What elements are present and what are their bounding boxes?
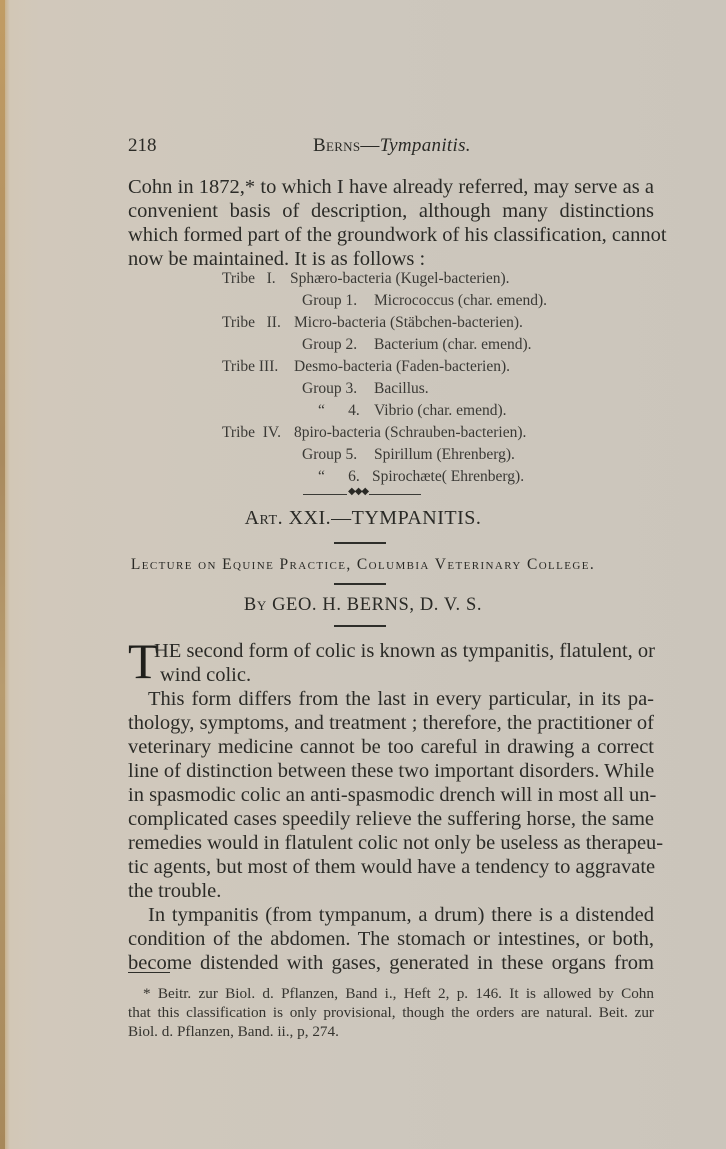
book-page: 218 Berns—Tympanitis. Cohn in 1872,* to … (0, 0, 726, 1149)
ornamental-divider: ◆◆◆ (303, 490, 421, 500)
text-line: remedies would in flatulent colic not on… (128, 832, 654, 856)
article-title-text: XXI.—TYMPANITIS. (283, 507, 481, 529)
text-line: become distended with gases, generated i… (128, 952, 654, 976)
text-line: complicated cases speedily relieve the s… (128, 808, 654, 832)
page-spine-edge (0, 0, 5, 1149)
divider-diamonds-icon: ◆◆◆ (347, 486, 369, 497)
classification-item: Tribe IV.8piro-bacteria (Schrauben-bacte… (222, 424, 526, 442)
text-line: in spasmodic colic an anti-spasmodic dre… (128, 784, 654, 808)
text-line: HE second form of colic is known as tymp… (154, 640, 654, 664)
classification-item: Group 2.Bacterium (char. emend). (302, 336, 532, 354)
text-line: now be maintained. It is as follows : (128, 248, 654, 272)
footnote-line: that this classification is only provisi… (128, 1004, 654, 1022)
heading-rule (334, 542, 386, 544)
tribe-label: Tribe IV. (222, 424, 294, 442)
group-label: Group 1. (302, 292, 374, 310)
text-line: tic agents, but most of them would have … (128, 856, 654, 880)
tribe-text: Micro-bacteria (Stäbchen-bacterien). (294, 314, 523, 331)
running-head: 218 Berns—Tympanitis. (128, 135, 640, 161)
group-label: “ 6. (318, 468, 372, 486)
tribe-text: 8piro-bacteria (Schrauben-bacterien). (294, 424, 526, 441)
classification-item: Group 3.Bacillus. (302, 380, 429, 398)
classification-item: “ 4.Vibrio (char. emend). (318, 402, 507, 420)
text-line: condition of the abdomen. The stomach or… (128, 928, 654, 952)
text-line: which formed part of the groundwork of h… (128, 224, 654, 248)
text-line: convenient basis of description, althoug… (128, 200, 654, 224)
group-label: Group 3. (302, 380, 374, 398)
group-text: Bacillus. (374, 380, 429, 397)
text-line: line of distinction between these two im… (128, 760, 654, 784)
classification-item: “ 6.Spirochæte( Ehrenberg). (318, 468, 524, 486)
footnote-line: Biol. d. Pflanzen, Band. ii., p, 274. (128, 1023, 654, 1041)
group-text: Vibrio (char. emend). (374, 402, 507, 419)
text-line: the trouble. (128, 880, 654, 904)
classification-item: Tribe I.Sphæro-bacteria (Kugel-bacterien… (222, 270, 509, 288)
article-title: Art. XXI.—TYMPANITIS. (0, 507, 726, 530)
classification-item: Group 5.Spirillum (Ehrenberg). (302, 446, 515, 464)
classification-item: Tribe II.Micro-bacteria (Stäbchen-bacter… (222, 314, 523, 332)
group-label: “ 4. (318, 402, 374, 420)
text-line: thology, symptoms, and treatment ; there… (128, 712, 654, 736)
classification-item: Group 1.Micrococcus (char. emend). (302, 292, 547, 310)
group-text: Micrococcus (char. emend). (374, 292, 547, 309)
page-number: 218 (128, 135, 157, 157)
tribe-text: Sphæro-bacteria (Kugel-bacterien). (290, 270, 509, 287)
byline-by: By (244, 595, 267, 615)
footnote-rule (128, 972, 170, 973)
group-text: Bacterium (char. emend). (374, 336, 532, 353)
text-line: In tympanitis (from tympanum, a drum) th… (148, 904, 654, 928)
tribe-label: Tribe I. (222, 270, 290, 288)
heading-rule (334, 625, 386, 627)
running-author: Berns (313, 135, 360, 156)
group-text: Spirochæte( Ehrenberg). (372, 468, 524, 485)
group-label: Group 5. (302, 446, 374, 464)
group-text: Spirillum (Ehrenberg). (374, 446, 515, 463)
text-line: wind colic. (160, 664, 654, 688)
tribe-label: Tribe III. (222, 358, 294, 376)
lecture-subtitle: Lecture on Equine Practice, Columbia Vet… (0, 556, 726, 574)
tribe-label: Tribe II. (222, 314, 294, 332)
tribe-text: Desmo-bacteria (Faden-bacterien). (294, 358, 510, 375)
heading-rule (334, 583, 386, 585)
text-line: veterinary medicine cannot be too carefu… (128, 736, 654, 760)
text-line: Cohn in 1872,* to which I have already r… (128, 176, 654, 200)
text-line: This form differs from the last in every… (148, 688, 654, 712)
author-byline: By GEO. H. BERNS, D. V. S. (0, 595, 726, 616)
classification-item: Tribe III.Desmo-bacteria (Faden-bacterie… (222, 358, 510, 376)
article-label: Art. (245, 507, 284, 529)
running-dash: — (360, 135, 379, 156)
running-title-italic: Tympanitis. (380, 135, 471, 156)
byline-author: GEO. H. BERNS, D. V. S. (267, 595, 482, 615)
footnote-line: * Beitr. zur Biol. d. Pflanzen, Band i.,… (143, 985, 654, 1003)
running-title: Berns—Tympanitis. (313, 135, 471, 157)
group-label: Group 2. (302, 336, 374, 354)
